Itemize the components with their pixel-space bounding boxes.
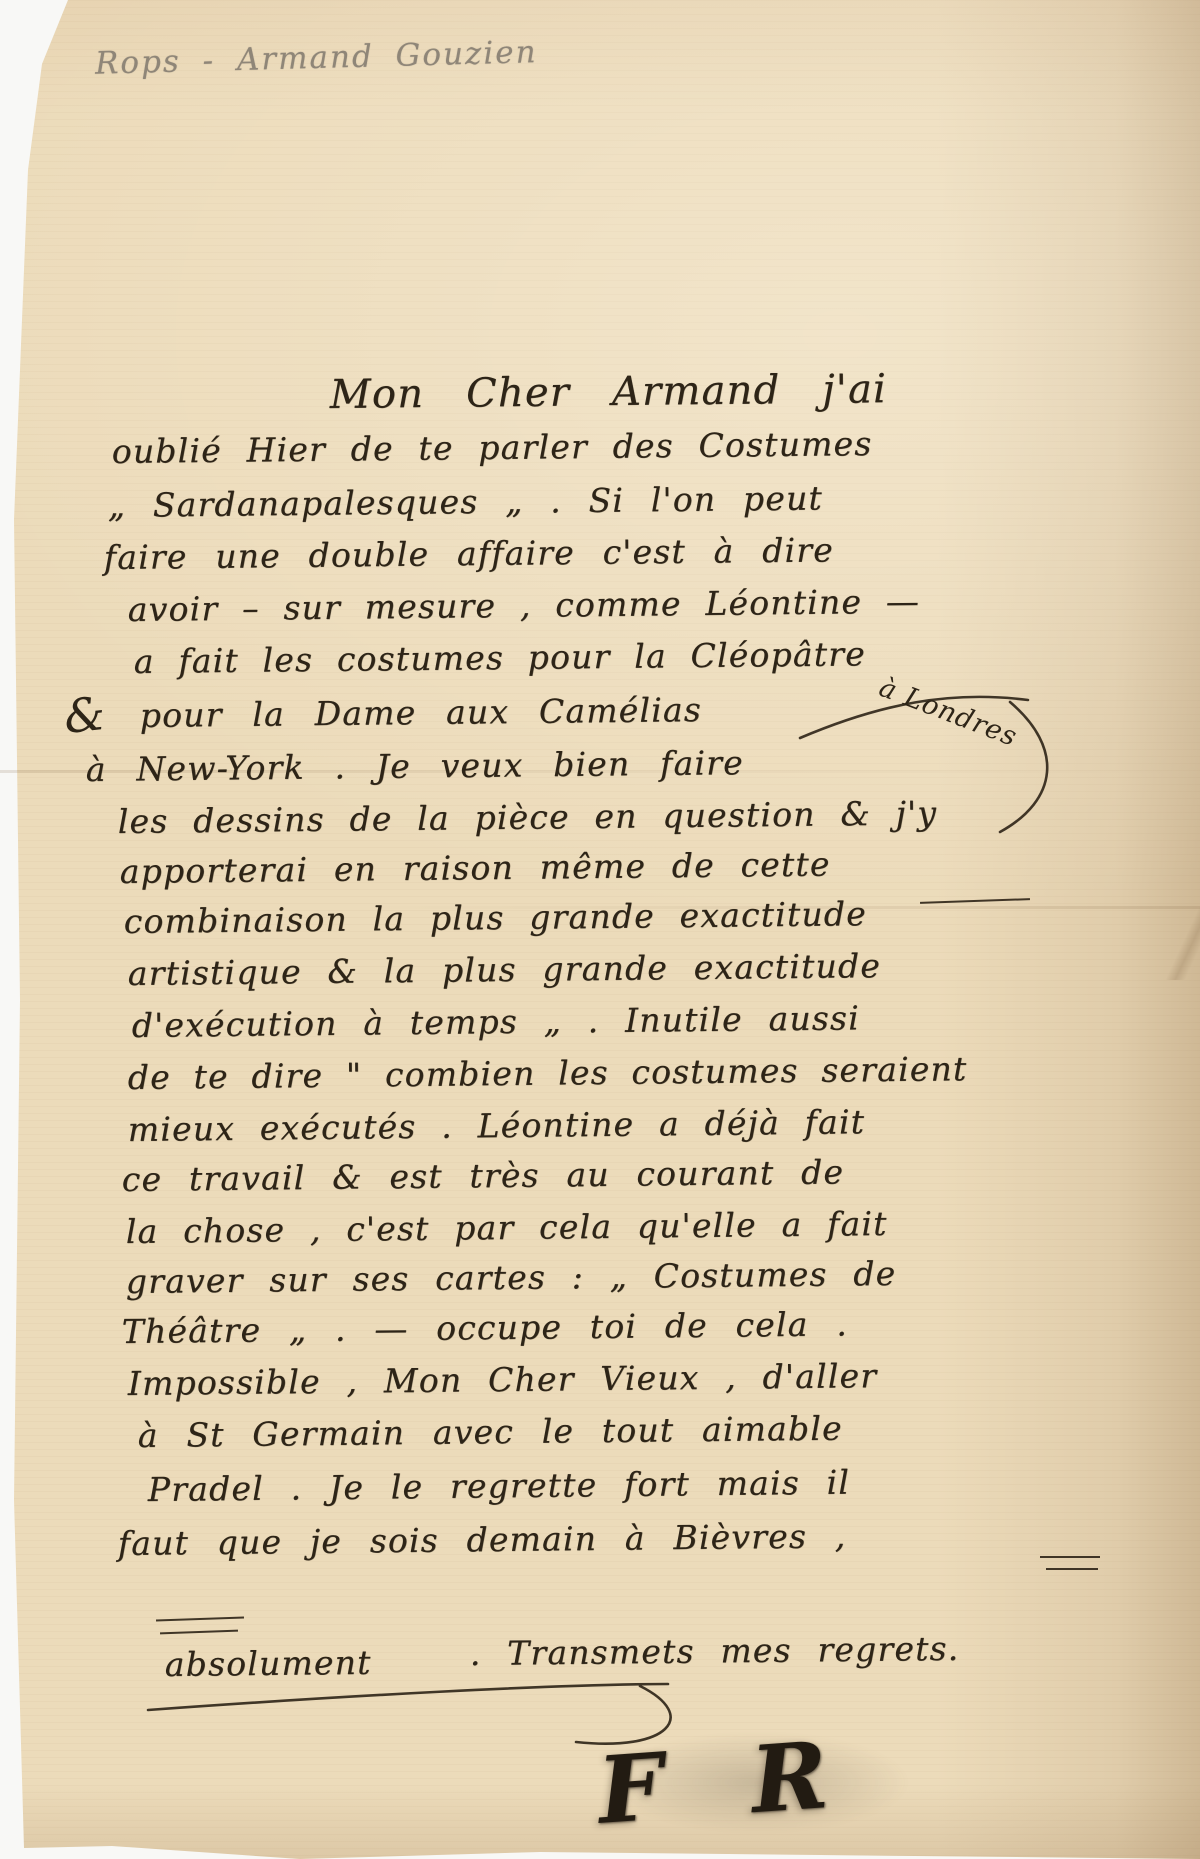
letter-line: artistique & la plus grande exactitude xyxy=(128,946,882,993)
letter-line: Impossible , Mon Cher Vieux , d'aller xyxy=(128,1356,878,1403)
letter-line: à New-York . Je veux bien faire xyxy=(86,743,744,789)
letter-line: „ Sardanapalesques „ . Si l'on peut xyxy=(108,479,824,525)
letter-line: Théâtre „ . — occupe toi de cela . xyxy=(122,1304,849,1351)
letter-line: pour la Dame aux Camélias xyxy=(140,690,703,735)
letter-line: avoir – sur mesure , comme Léontine — xyxy=(128,582,921,629)
letter-line: la chose , c'est par cela qu'elle a fait xyxy=(126,1204,888,1251)
letter-line: absolument xyxy=(165,1643,372,1684)
letter-line: faut que je sois demain à Bièvres , xyxy=(118,1516,847,1563)
letter-line: faire une double affaire c'est à dire xyxy=(104,530,835,577)
scanned-letter: Rops - Armand Gouzien Mon Cher Armand j'… xyxy=(0,0,1200,1859)
underline-il xyxy=(1040,1556,1100,1558)
letter-line: mieux exécutés . Léontine a déjà fait xyxy=(128,1102,866,1149)
letter-line: . Transmets mes regrets. xyxy=(470,1629,960,1673)
margin-ampersand: & xyxy=(61,686,107,744)
signature: F R xyxy=(595,1719,860,1845)
letter-line: ce travail & est très au courant de xyxy=(122,1152,845,1199)
letter-line: d'exécution à temps „ . Inutile aussi xyxy=(132,998,860,1045)
underline-il xyxy=(1046,1568,1098,1570)
letter-line: à St Germain avec le tout aimable xyxy=(138,1409,843,1455)
letter-line: Pradel . Je le regrette fort mais il xyxy=(148,1463,851,1509)
letter-line: combinaison la plus grande exactitude xyxy=(124,894,867,941)
letter-line: a fait les costumes pour la Cléopâtre xyxy=(134,634,866,681)
letter-line: graver sur ses cartes : „ Costumes de xyxy=(126,1254,897,1301)
letter-line: apporterai en raison même de cette xyxy=(120,845,831,891)
letter-line: Mon Cher Armand j'ai xyxy=(330,366,888,418)
letter-line: oublié Hier de te parler des Costumes xyxy=(112,424,873,471)
